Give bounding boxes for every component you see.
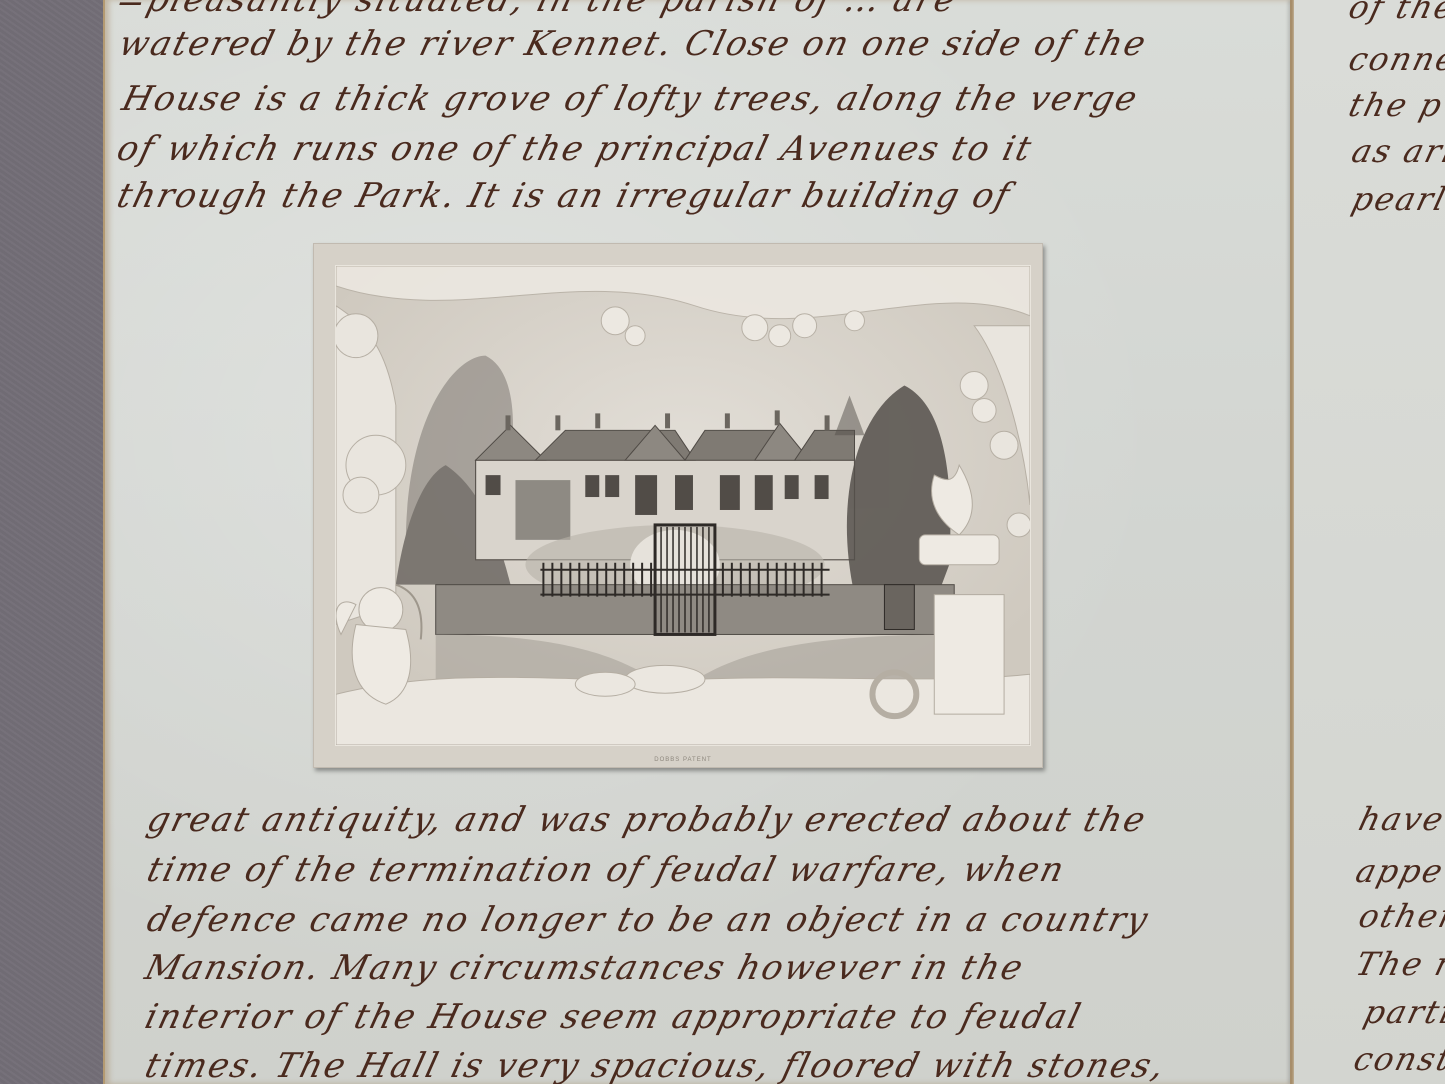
text-line: interior of the House seem appropriate t… bbox=[141, 997, 1086, 1037]
text-line: through the Park. It is an irregular bui… bbox=[113, 176, 1015, 216]
text-line: times. The Hall is very spacious, floore… bbox=[141, 1046, 1170, 1084]
text-fragment: The r bbox=[1352, 945, 1445, 983]
text-fragment: of the bbox=[1345, 0, 1445, 26]
boundary-wall bbox=[436, 585, 955, 635]
text-fragment: the p bbox=[1345, 86, 1445, 124]
page-edge bbox=[1292, 0, 1294, 1084]
text-line: time of the termination of feudal warfar… bbox=[143, 850, 1070, 890]
card-frame: DOBBS PATENT bbox=[335, 265, 1031, 746]
text-line: watered by the river Kennet. Close on on… bbox=[115, 24, 1151, 64]
embossed-vignette-card: DOBBS PATENT bbox=[313, 243, 1043, 768]
text-line: =pleasantly situated, in the parish of …… bbox=[112, 0, 962, 20]
text-fragment: as ari bbox=[1348, 132, 1445, 170]
text-line: great antiquity, and was probably erecte… bbox=[143, 800, 1151, 840]
text-line: House is a thick grove of lofty trees, a… bbox=[118, 79, 1143, 119]
text-line: defence came no longer to be an object i… bbox=[143, 900, 1153, 940]
text-fragment: other bbox=[1355, 897, 1445, 935]
text-fragment: conne bbox=[1345, 40, 1445, 78]
country-house-illustration bbox=[336, 266, 1030, 745]
card-imprint: DOBBS PATENT bbox=[336, 757, 1030, 763]
text-fragment: const bbox=[1350, 1040, 1445, 1078]
text-fragment: have bbox=[1355, 800, 1445, 838]
side-gate bbox=[884, 585, 914, 630]
text-fragment: pearl bbox=[1348, 180, 1445, 218]
text-line: of which runs one of the principal Avenu… bbox=[113, 129, 1037, 169]
text-fragment: appe bbox=[1352, 852, 1445, 890]
text-line: Mansion. Many circumstances however in t… bbox=[141, 948, 1029, 988]
text-fragment: parti bbox=[1360, 993, 1445, 1031]
